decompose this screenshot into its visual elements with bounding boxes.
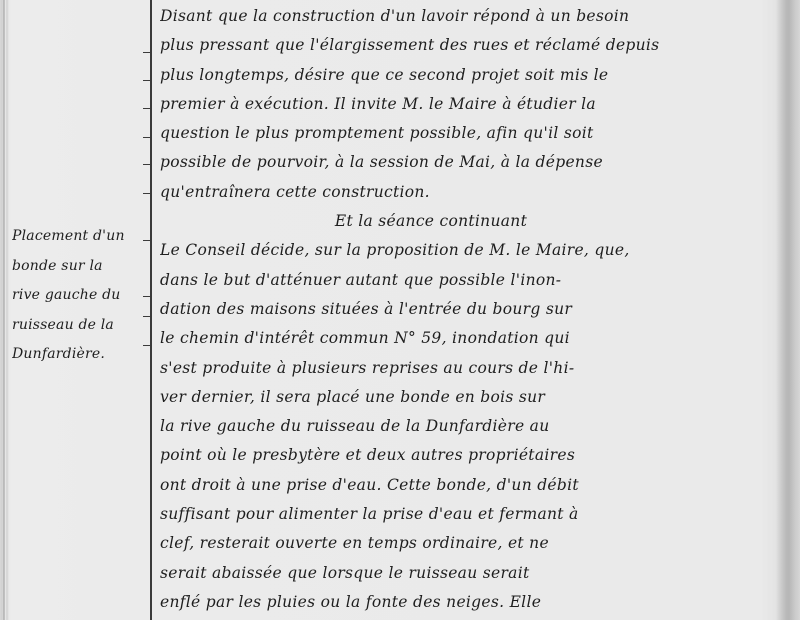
page-fold-shadow (776, 0, 800, 620)
body-line: Disant que la construction d'un lavoir r… (160, 2, 772, 31)
body-line: ver dernier, il sera placé une bonde en … (160, 383, 772, 412)
body-line: enflé par les pluies ou la fonte des nei… (160, 588, 772, 617)
margin-note: Placement d'un bonde sur la rive gauche … (12, 222, 146, 370)
body-line: possible de pourvoir, à la session de Ma… (160, 148, 772, 177)
binding-edge (3, 0, 5, 620)
body-line: serait abaissée que lorsque le ruisseau … (160, 559, 772, 588)
body-text: Disant que la construction d'un lavoir r… (160, 2, 772, 617)
margin-tick (143, 137, 151, 138)
margin-tick (143, 296, 151, 297)
margin-note-line: rive gauche du (12, 281, 146, 311)
body-line: suffisant pour alimenter la prise d'eau … (160, 500, 772, 529)
margin-rule (150, 0, 152, 620)
body-line: le chemin d'intérêt commun N° 59, inonda… (160, 324, 772, 353)
margin-tick (143, 80, 151, 81)
body-line: dation des maisons situées à l'entrée du… (160, 295, 772, 324)
margin-tick (143, 108, 151, 109)
body-line: plus longtemps, désire que ce second pro… (160, 61, 772, 90)
margin-note-line: Dunfardière. (12, 340, 146, 370)
body-line: Le Conseil décide, sur la proposition de… (160, 236, 772, 265)
margin-note-line: bonde sur la (12, 252, 146, 282)
body-line: s'est produite à plusieurs reprises au c… (160, 354, 772, 383)
margin-tick (143, 240, 151, 241)
body-line: qu'entraînera cette construction. (160, 178, 772, 207)
body-line: point où le presbytère et deux autres pr… (160, 441, 772, 470)
margin-tick (143, 193, 151, 194)
section-heading: Et la séance continuant (160, 207, 772, 236)
margin-note-line: Placement d'un (12, 222, 146, 252)
margin-tick (143, 345, 151, 346)
body-line: clef, resterait ouverte en temps ordinai… (160, 529, 772, 558)
margin-tick (143, 164, 151, 165)
body-line: ont droit à une prise d'eau. Cette bonde… (160, 471, 772, 500)
body-line: plus pressant que l'élargissement des ru… (160, 31, 772, 60)
margin-note-line: ruisseau de la (12, 311, 146, 341)
margin-tick (143, 52, 151, 53)
body-line: dans le but d'atténuer autant que possib… (160, 266, 772, 295)
document-page: Placement d'un bonde sur la rive gauche … (0, 0, 800, 620)
body-line: question le plus promptement possible, a… (160, 119, 772, 148)
body-line: la rive gauche du ruisseau de la Dunfard… (160, 412, 772, 441)
margin-tick (143, 316, 151, 317)
body-line: premier à exécution. Il invite M. le Mai… (160, 90, 772, 119)
